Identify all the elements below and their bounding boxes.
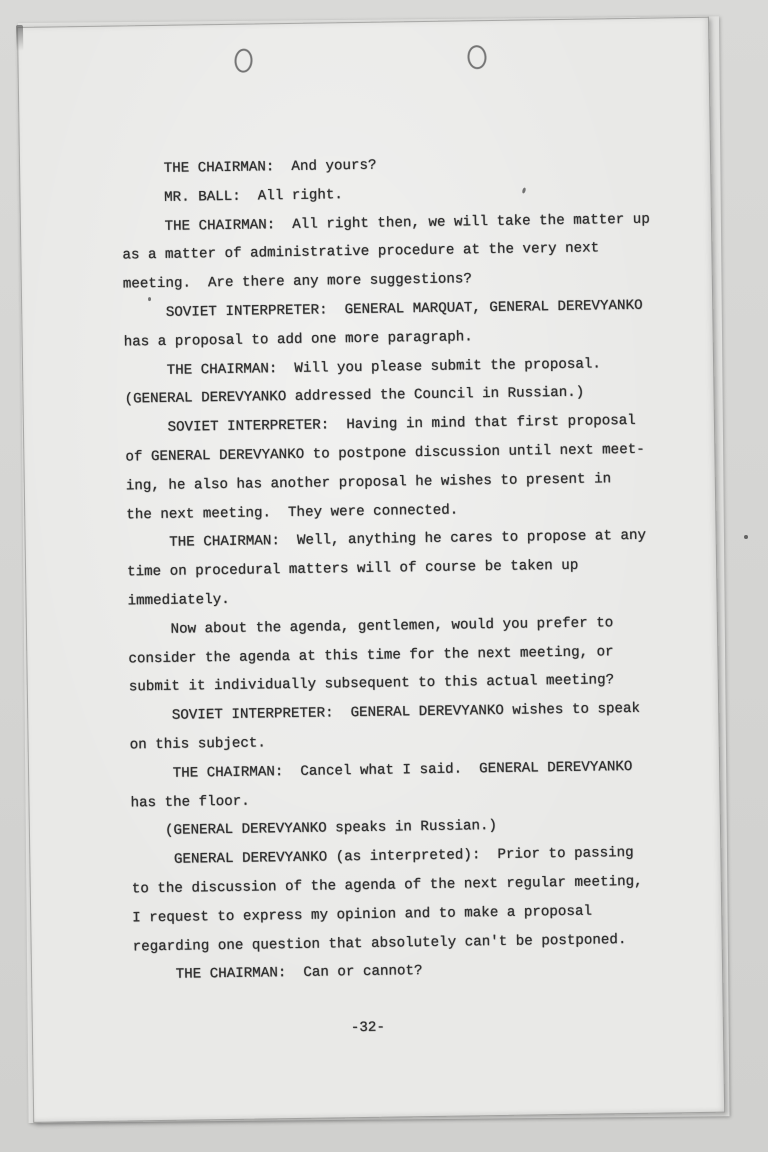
circle-mark-icon — [467, 45, 488, 70]
circle-mark-icon — [234, 48, 253, 73]
ink-speck — [148, 297, 151, 301]
transcript-text: THE CHAIRMAN: And yours? MR. BALL: All r… — [121, 148, 661, 991]
scanned-page: THE CHAIRMAN: And yours? MR. BALL: All r… — [17, 17, 725, 1123]
ink-speck — [744, 535, 748, 539]
scan-background: THE CHAIRMAN: And yours? MR. BALL: All r… — [0, 0, 768, 1152]
page-number: -32- — [318, 1013, 418, 1043]
